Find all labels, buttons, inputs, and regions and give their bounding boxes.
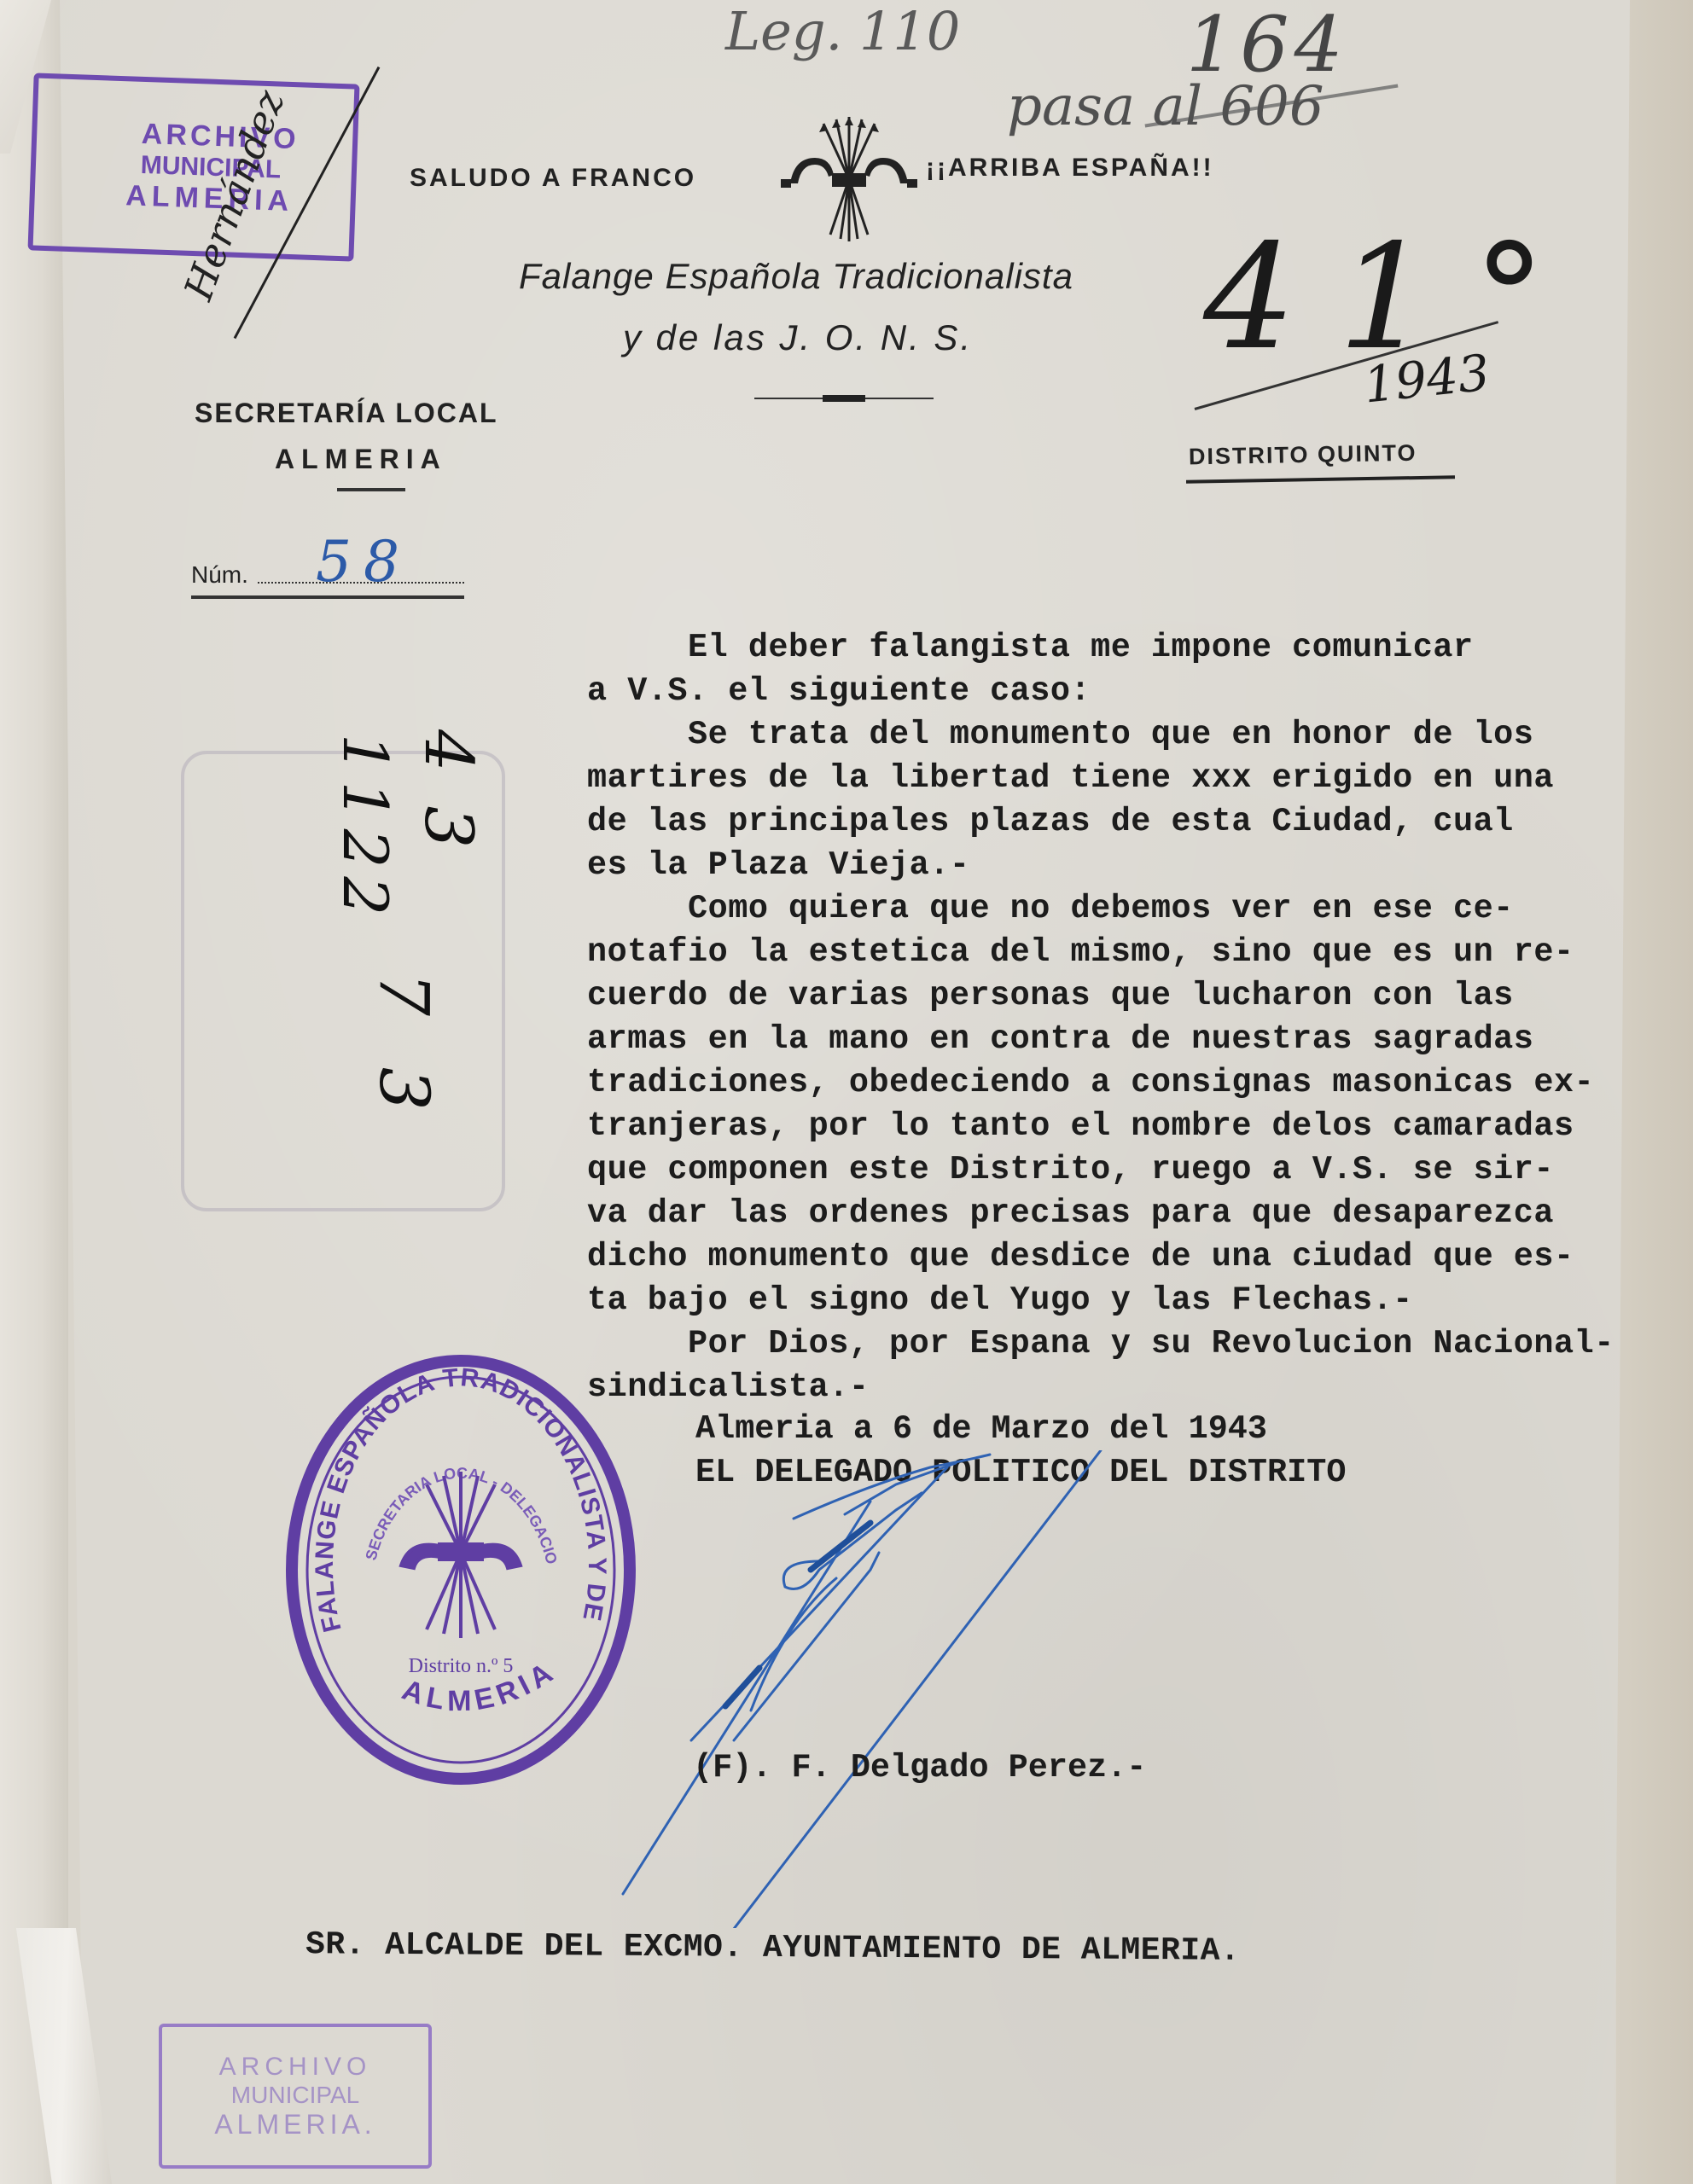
body-line: tradiciones, obedeciendo a consignas mas… xyxy=(587,1061,1693,1105)
stamp-line-3: ALMERIA. xyxy=(162,2109,428,2140)
body-line: dicho monumento que desdice de una ciuda… xyxy=(587,1235,1693,1279)
letterhead-arriba: ¡¡ARRIBA ESPAÑA!! xyxy=(926,154,1214,183)
rotated-number-1: 1122 xyxy=(329,734,401,924)
body-line: que componen este Distrito, ruego a V.S.… xyxy=(587,1148,1693,1192)
body-line: armas en la mano en contra de nuestras s… xyxy=(587,1018,1693,1061)
body-line: Como quiera que no debemos ver en ese ce… xyxy=(587,887,1693,931)
falange-oval-seal: FALANGE ESPAÑOLA TRADICIONALISTA Y DE LA… xyxy=(282,1348,640,1792)
letterhead-secretaria: SECRETARÍA LOCAL xyxy=(195,398,498,429)
pencil-legajo-note: Leg. 110 xyxy=(725,0,960,62)
stamp-line-1: ARCHIVO xyxy=(162,2053,428,2082)
blue-ink-signature xyxy=(589,1450,1459,1928)
place-date: Almeria a 6 de Marzo del 1943 xyxy=(695,1408,1346,1451)
body-line: martires de la libertad tiene xxx erigid… xyxy=(587,757,1693,800)
body-line: tranjeras, por lo tanto el nombre delos … xyxy=(587,1105,1693,1148)
signer-name: (F). F. Delgado Perez.- xyxy=(693,1749,1146,1786)
stamp-line-2: MUNICIPAL xyxy=(162,2082,428,2109)
letterhead-divider xyxy=(754,398,934,399)
body-line: Por Dios, por Espana y su Revolucion Nac… xyxy=(587,1322,1693,1366)
yoke-and-arrows-emblem xyxy=(772,115,926,243)
city-rule xyxy=(337,488,405,491)
body-line: sindicalista.- xyxy=(587,1366,1693,1409)
seal-distrito: Distrito n.º 5 xyxy=(409,1655,514,1677)
letterhead-org-line-2: y de las J. O. N. S. xyxy=(623,317,973,358)
num-value: 58 xyxy=(316,529,411,595)
num-rule xyxy=(191,595,464,599)
letter-body: El deber falangista me impone comunicar … xyxy=(587,626,1693,1409)
archive-stamp-bottom: ARCHIVO MUNICIPAL ALMERIA. xyxy=(159,2024,432,2169)
body-line: va dar las ordenes precisas para que des… xyxy=(587,1192,1693,1235)
rotated-number-2: 43 xyxy=(410,729,486,882)
body-line: Se trata del monumento que en honor de l… xyxy=(587,713,1693,757)
archive-stamp-top: ARCHIVO MUNICIPAL ALMERIA xyxy=(27,73,359,261)
body-line: cuerdo de varias personas que lucharon c… xyxy=(587,974,1693,1018)
addressee-line: SR. ALCALDE DEL EXCMO. AYUNTAMIENTO DE A… xyxy=(305,1926,1241,1970)
letterhead-saludo: SALUDO A FRANCO xyxy=(410,164,696,193)
num-label: Núm. xyxy=(191,561,248,589)
letterhead-distrito: DISTRITO QUINTO xyxy=(1189,440,1417,471)
body-line: a V.S. el siguiente caso: xyxy=(587,670,1693,713)
body-line: es la Plaza Vieja.- xyxy=(587,844,1693,887)
pencil-pasa-note: pasa al 606 xyxy=(1007,75,1324,138)
body-line: ta bajo el signo del Yugo y las Flechas.… xyxy=(587,1279,1693,1322)
letterhead-city: ALMERIA xyxy=(275,444,447,475)
rotated-number-3: 73 xyxy=(364,973,444,1162)
body-line: El deber falangista me impone comunicar xyxy=(587,626,1693,670)
underlying-page-left xyxy=(0,0,68,2184)
body-line: notafio la estetica del mismo, sino que … xyxy=(587,931,1693,974)
letterhead-org-line-1: Falange Española Tradicionalista xyxy=(519,256,1073,297)
body-line: de las principales plazas de esta Ciudad… xyxy=(587,800,1693,844)
